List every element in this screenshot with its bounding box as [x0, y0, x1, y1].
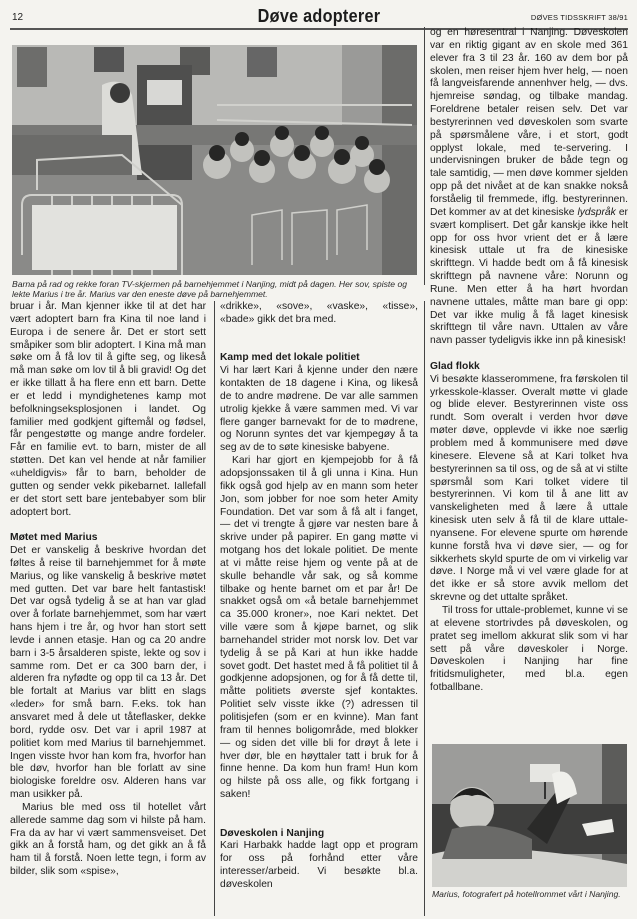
paragraph: og en høresentral i Nanjing. Døveskolen …	[430, 27, 628, 348]
paragraph: Kari Harbakk hadde lagt opp et program f…	[220, 840, 418, 891]
boy-portrait-photo-icon	[432, 744, 627, 887]
article-column-3: og en høresentral i Nanjing. Døveskolen …	[430, 27, 628, 695]
photo-caption-bottom: Marius, fotografert på hotellrommet vårt…	[432, 889, 630, 899]
paragraph: Vi besøkte klasserommene, fra førskolen …	[430, 374, 628, 605]
article-column-2: «drikke», «sove», «vaske», «tisse», «bad…	[220, 301, 418, 892]
section-heading-police: Kamp med det lokale politiet	[220, 352, 418, 365]
journal-issue: DØVES TIDSSKRIFT 38/91	[531, 13, 628, 22]
orphanage-photo-icon	[12, 45, 417, 275]
section-heading-meeting-marius: Møtet med Marius	[10, 532, 206, 545]
photo-caption-top: Barna på rad og rekke foran TV-skjermen …	[12, 279, 424, 299]
paragraph: «drikke», «sove», «vaske», «tisse», «bad…	[220, 301, 418, 327]
emphasis: lydspråk	[577, 207, 615, 218]
paragraph: bruar i år. Man kjenner ikke til at det …	[10, 301, 206, 519]
photo-marius-hotel	[432, 744, 627, 887]
column-divider	[424, 301, 425, 916]
page-number: 12	[12, 12, 23, 23]
paragraph: Marius ble med oss til hotellet vårt all…	[10, 802, 206, 879]
photo-children-tv-room	[12, 45, 417, 275]
column-divider	[214, 301, 215, 916]
paragraph: Det er vanskelig å beskrive hvordan det …	[10, 545, 206, 802]
column-divider	[424, 27, 425, 285]
article-column-1: bruar i år. Man kjenner ikke til at det …	[10, 301, 206, 879]
section-heading-deaf-school: Døveskolen i Nanjing	[220, 828, 418, 841]
paragraph: Til tross for uttale-problemet, kunne vi…	[430, 605, 628, 695]
page-header: 12 Døve adopterer DØVES TIDSSKRIFT 38/91	[10, 6, 628, 26]
paragraph: Kari har gjort en kjempejobb for å få ad…	[220, 455, 418, 802]
article-title: Døve adopterer	[41, 6, 597, 27]
paragraph: Vi har lært Kari å kjenne under den nære…	[220, 365, 418, 455]
section-heading-happy-crowd: Glad flokk	[430, 361, 628, 374]
